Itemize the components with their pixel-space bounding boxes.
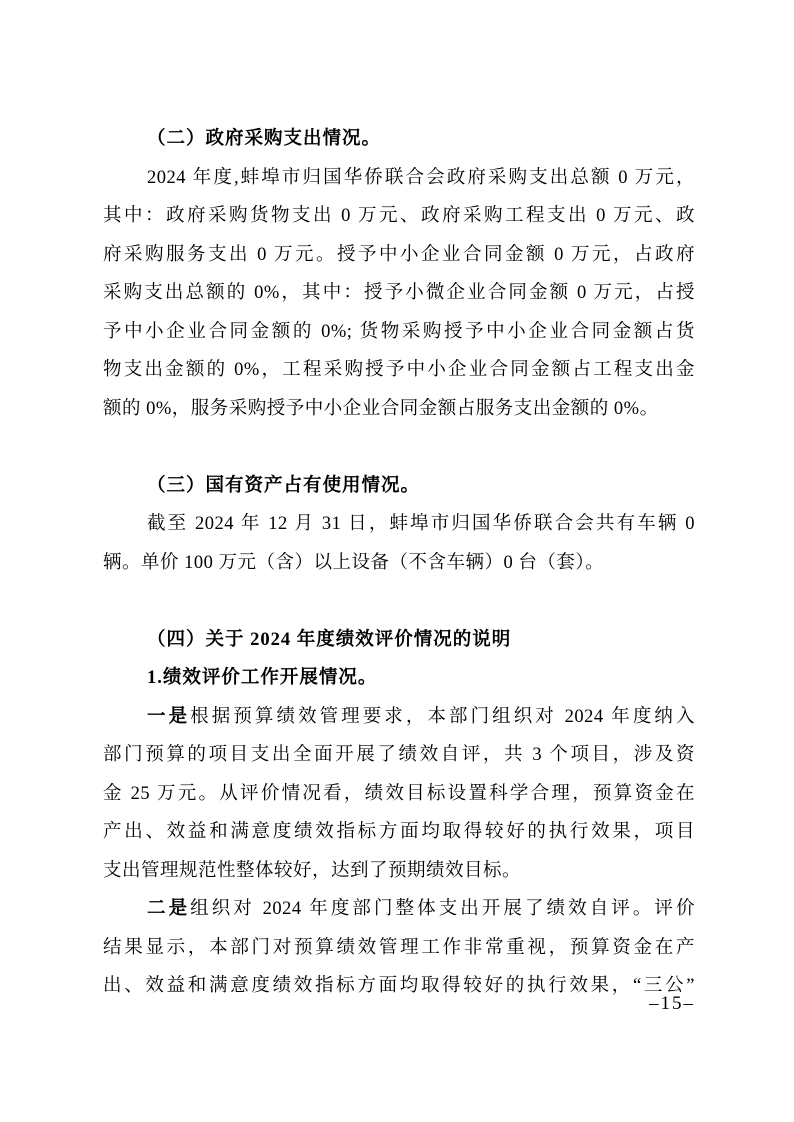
section-heading: （三）国有资产占有使用情况。 [103,467,695,506]
body-line: 采购支出总额的 0%，其中：授予小微企业合同金额 0 万元，占授 [103,274,695,313]
text-segment: 根据预算绩效管理要求，本部门组织对 2024 年度纳入 [190,707,695,727]
bold-text-segment: （三）国有资产占有使用情况。 [147,476,420,496]
body-line: 其中：政府采购货物支出 0 万元、政府采购工程支出 0 万元、政 [103,197,695,236]
bold-text-segment: （四）关于 2024 年度绩效评价情况的说明 [147,630,511,650]
page-number: –15– [649,992,695,1016]
body-line: 截至 2024 年 12 月 31 日，蚌埠市归国华侨联合会共有车辆 0 [103,505,695,544]
bold-text-segment: 1.绩效评价工作开展情况。 [147,668,377,688]
body-line: 出、效益和满意度绩效指标方面均取得较好的执行效果，“三公” [103,967,695,1006]
text-segment: 支出管理规范性整体较好，达到了预期绩效目标。 [103,861,521,881]
body-line: 金 25 万元。从评价情况看，绩效目标设置科学合理，预算资金在 [103,775,695,814]
body-line: 辆。单价 100 万元（含）以上设备（不含车辆）0 台（套）。 [103,544,695,583]
section-heading: 1.绩效评价工作开展情况。 [103,659,695,698]
body-line: 2024 年度,蚌埠市归国华侨联合会政府采购支出总额 0 万元， [103,159,695,198]
text-segment: 辆。单价 100 万元（含）以上设备（不含车辆）0 台（套）。 [103,553,604,573]
body-line: 一是根据预算绩效管理要求，本部门组织对 2024 年度纳入 [103,698,695,737]
body-line: 额的 0%，服务采购授予中小企业合同金额占服务支出金额的 0%。 [103,390,695,429]
text-segment: 其中：政府采购货物支出 0 万元、政府采购工程支出 0 万元、政 [103,206,695,226]
bold-text-segment: 二是 [147,899,190,919]
section-heading: （二）政府采购支出情况。 [103,120,695,159]
bold-text-segment: 一是 [147,707,190,727]
text-segment: 组织对 2024 年度部门整体支出开展了绩效自评。评价 [190,899,695,919]
document-content: （二）政府采购支出情况。2024 年度,蚌埠市归国华侨联合会政府采购支出总额 0… [103,120,695,1006]
text-segment: 予中小企业合同金额的 0%; 货物采购授予中小企业合同金额占货 [103,322,695,342]
text-segment: 截至 2024 年 12 月 31 日，蚌埠市归国华侨联合会共有车辆 0 [147,514,695,534]
text-segment: 出、效益和满意度绩效指标方面均取得较好的执行效果，“三公” [103,976,695,996]
text-segment: 部门预算的项目支出全面开展了绩效自评，共 3 个项目，涉及资 [103,745,695,765]
body-line: 物支出金额的 0%，工程采购授予中小企业合同金额占工程支出金 [103,351,695,390]
text-segment: 产出、效益和满意度绩效指标方面均取得较好的执行效果，项目 [103,822,695,842]
body-line: 府采购服务支出 0 万元。授予中小企业合同金额 0 万元，占政府 [103,236,695,275]
body-line: 支出管理规范性整体较好，达到了预期绩效目标。 [103,852,695,891]
text-segment: 结果显示，本部门对预算绩效管理工作非常重视，预算资金在产 [103,938,695,958]
bold-text-segment: （二）政府采购支出情况。 [147,129,381,149]
section-heading: （四）关于 2024 年度绩效评价情况的说明 [103,621,695,660]
text-segment: 2024 年度,蚌埠市归国华侨联合会政府采购支出总额 0 万元， [147,168,695,188]
paragraph-spacer [103,582,695,621]
text-segment: 物支出金额的 0%，工程采购授予中小企业合同金额占工程支出金 [103,360,695,380]
body-line: 结果显示，本部门对预算绩效管理工作非常重视，预算资金在产 [103,929,695,968]
body-line: 部门预算的项目支出全面开展了绩效自评，共 3 个项目，涉及资 [103,736,695,775]
text-segment: 金 25 万元。从评价情况看，绩效目标设置科学合理，预算资金在 [103,784,695,804]
text-segment: 额的 0%，服务采购授予中小企业合同金额占服务支出金额的 0%。 [103,399,659,419]
document-page: （二）政府采购支出情况。2024 年度,蚌埠市归国华侨联合会政府采购支出总额 0… [0,0,794,1122]
text-segment: 府采购服务支出 0 万元。授予中小企业合同金额 0 万元，占政府 [103,245,695,265]
body-line: 产出、效益和满意度绩效指标方面均取得较好的执行效果，项目 [103,813,695,852]
body-line: 予中小企业合同金额的 0%; 货物采购授予中小企业合同金额占货 [103,313,695,352]
body-line: 二是组织对 2024 年度部门整体支出开展了绩效自评。评价 [103,890,695,929]
paragraph-spacer [103,428,695,467]
text-segment: 采购支出总额的 0%，其中：授予小微企业合同金额 0 万元，占授 [103,283,695,303]
